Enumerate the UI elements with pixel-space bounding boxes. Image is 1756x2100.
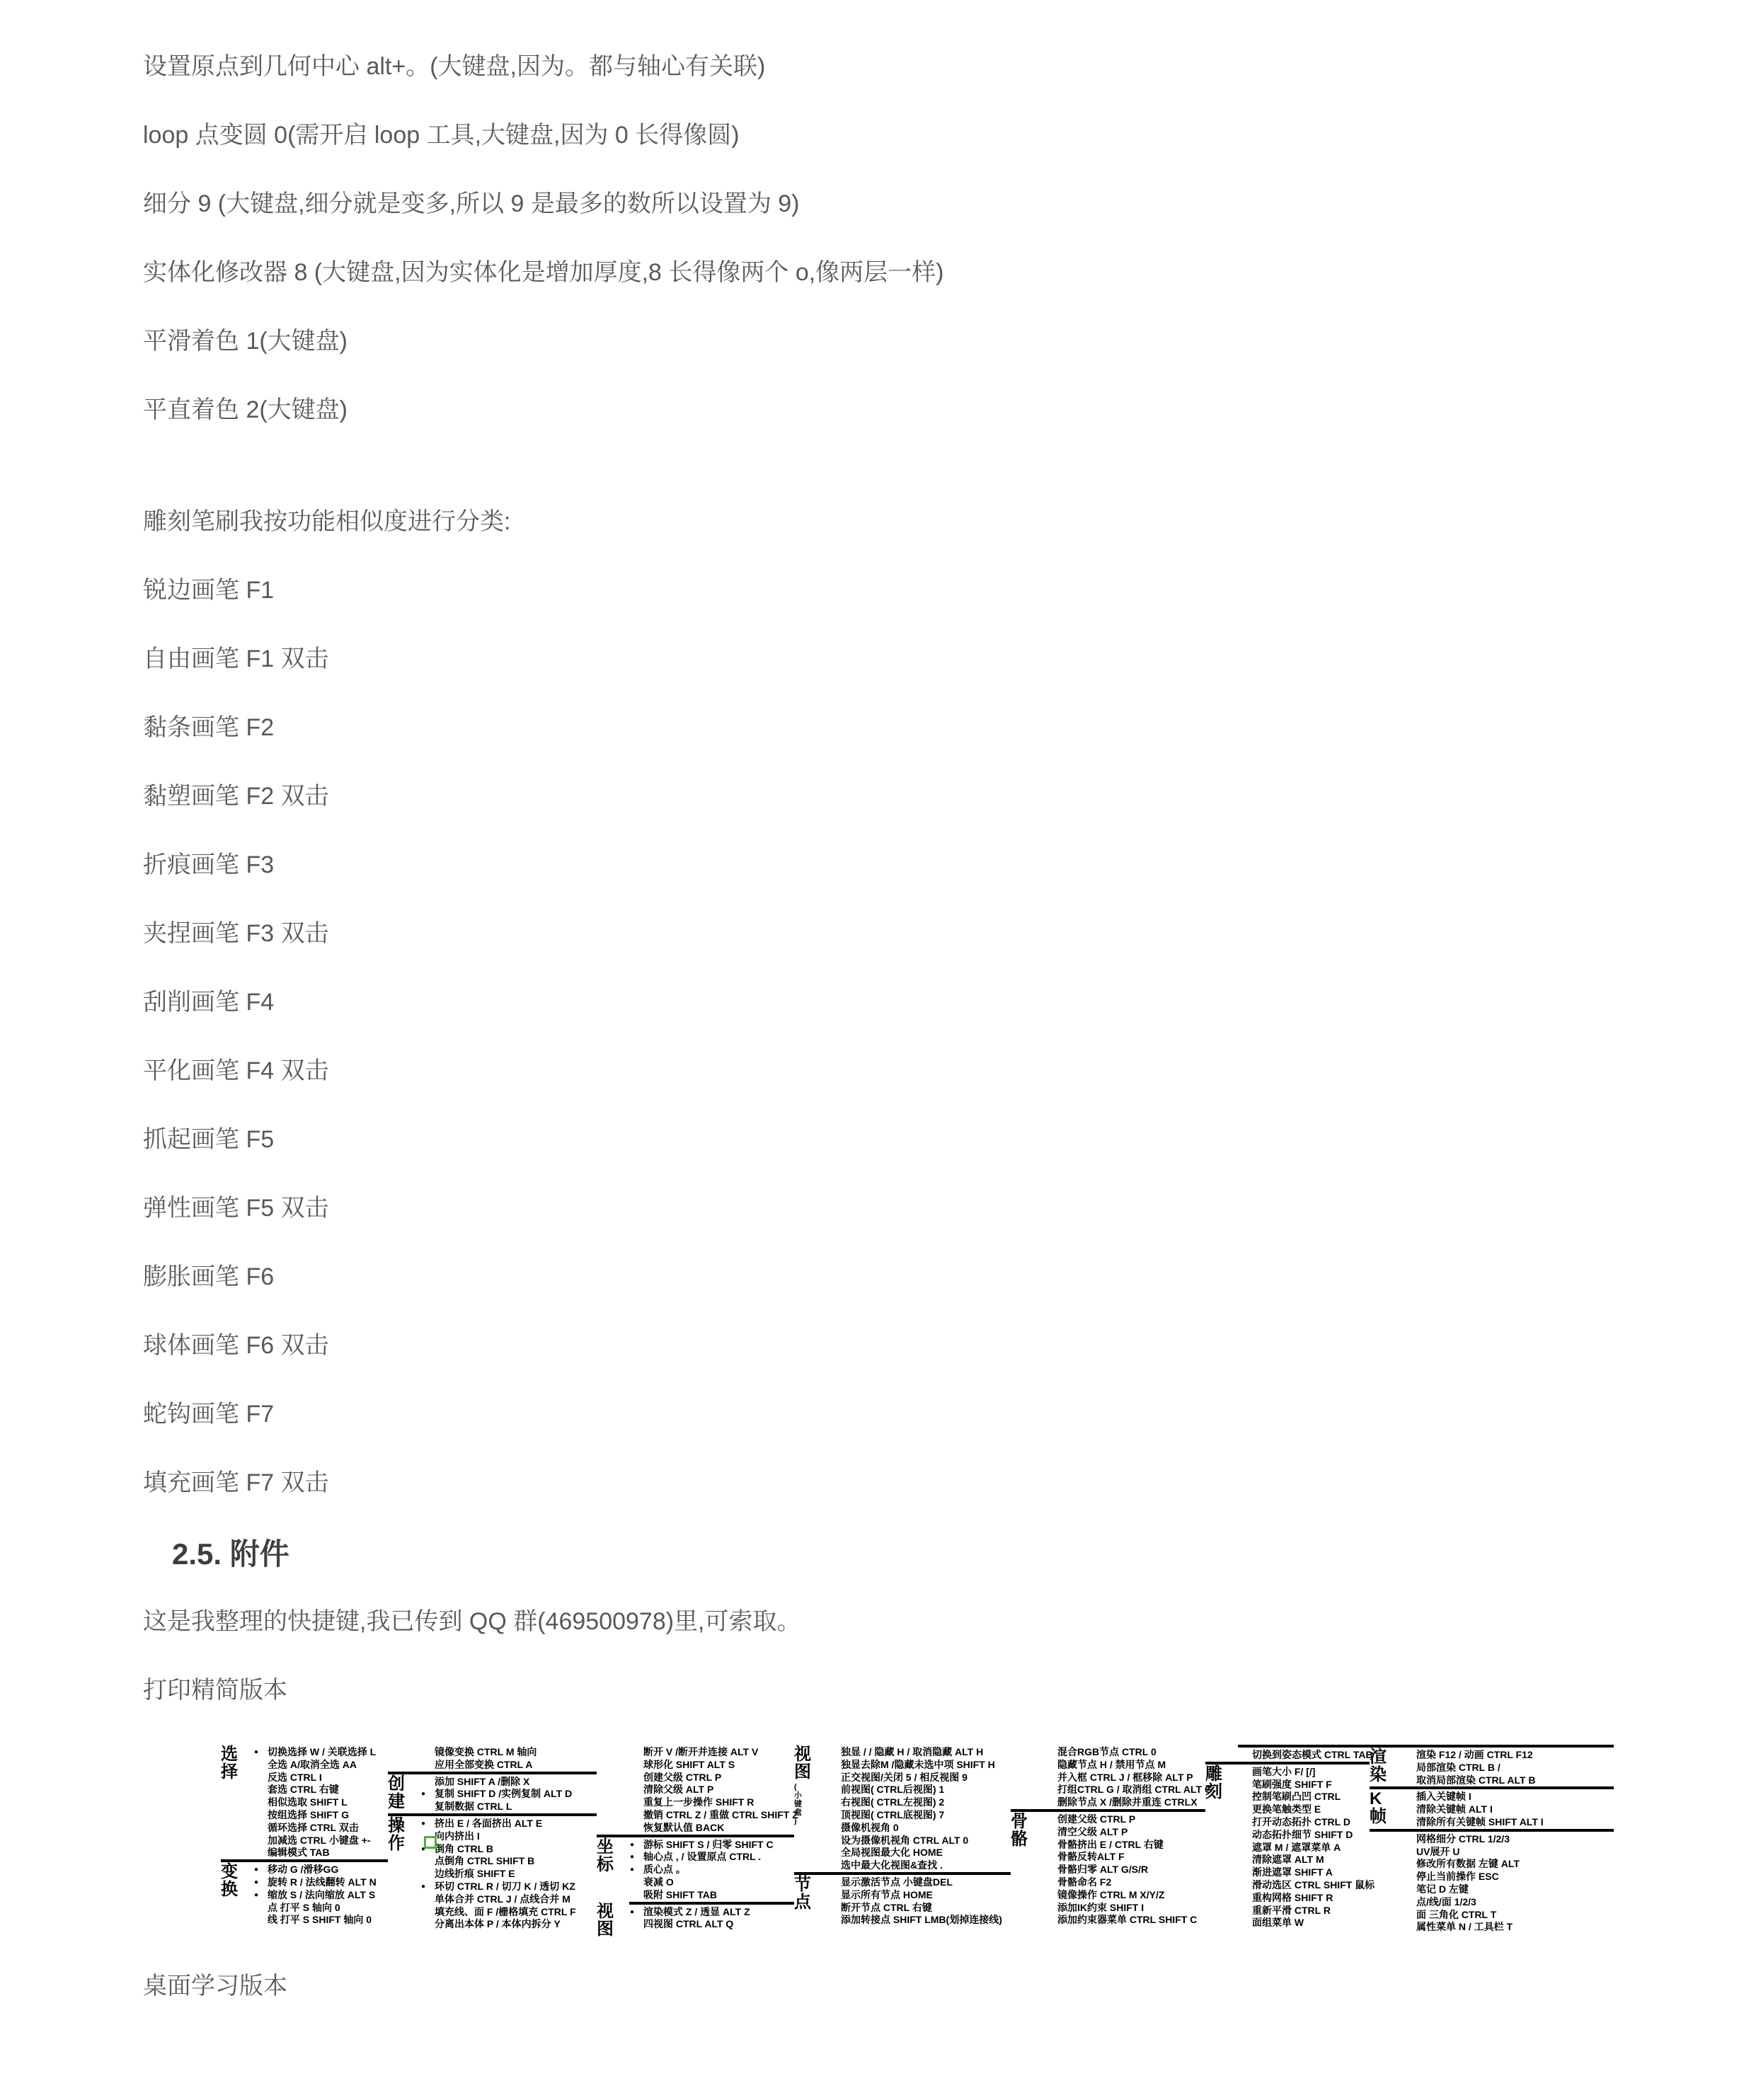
chart-line: 设为摄像机视角 CTRL ALT 0 bbox=[827, 1835, 1011, 1847]
chart-section: 切换到姿态模式 CTRL TAB bbox=[1205, 1745, 1370, 1762]
chart-line: 打开动态拓扑 CTRL D bbox=[1238, 1816, 1370, 1829]
chart-line-text: 切换到姿态模式 CTRL TAB bbox=[1252, 1749, 1373, 1760]
chart-line: 添加 SHIFT A /删除 X bbox=[420, 1776, 597, 1789]
chart-line-text: 挤出 E / 各面挤出 ALT E bbox=[435, 1818, 542, 1829]
chart-line-text: 添加 SHIFT A /删除 X bbox=[435, 1776, 529, 1787]
chart-line: 重复上一步操作 SHIFT R bbox=[629, 1796, 794, 1809]
chart-line: 套选 CTRL 右键 bbox=[253, 1784, 388, 1796]
chart-section-items: 显示激活节点 小键盘DEL显示所有节点 HOME断开节点 CTRL 右键添加转接… bbox=[827, 1875, 1011, 1927]
chart-line: 重新平滑 CTRL R bbox=[1238, 1905, 1370, 1917]
chart-line-text: 球形化 SHIFT ALT S bbox=[643, 1759, 735, 1770]
desktop-version-label: 桌面学习版本 bbox=[143, 1972, 1756, 2000]
chart-section: K帧插入关键帧 I清除关键帧 ALT I清除所有关键帧 SHIFT ALT I bbox=[1370, 1786, 1614, 1828]
chart-line-text: 全选 A/取消全选 AA bbox=[268, 1759, 357, 1770]
chart-section: 断开 V /断开并连接 ALT V球形化 SHIFT ALT S创建父级 CTR… bbox=[597, 1745, 794, 1835]
chart-line: 打组CTRL G / 取消组 CTRL ALT G bbox=[1043, 1784, 1205, 1796]
chart-line-text: 环切 CTRL R / 切刀 K / 透切 KZ bbox=[435, 1881, 575, 1892]
chart-line: 显示所有节点 HOME bbox=[827, 1889, 1011, 1902]
chart-line: 清除遮罩 ALT M bbox=[1238, 1854, 1370, 1866]
brush-line: 黏条画笔 F2 bbox=[143, 713, 1756, 742]
chart-line: 面 三角化 CTRL T bbox=[1402, 1909, 1614, 1922]
chart-line-text: 填充线、面 F /栅格填充 CTRL F bbox=[435, 1906, 576, 1917]
chart-line-text: 添加IK约束 SHIFT I bbox=[1057, 1902, 1144, 1913]
chart-line-text: 四视图 CTRL ALT Q bbox=[643, 1918, 733, 1929]
chart-line-text: 渐进遮罩 SHIFT A bbox=[1252, 1866, 1333, 1878]
note-line: 平滑着色 1(大键盘) bbox=[143, 327, 1756, 355]
print-version-label: 打印精简版本 bbox=[143, 1676, 1756, 1704]
chart-line-text: 点倒角 CTRL SHIFT B bbox=[435, 1855, 534, 1866]
bullet-icon: ● bbox=[421, 1882, 425, 1892]
chart-line: 局部渲染 CTRL B / bbox=[1402, 1762, 1614, 1774]
chart-section: 雕刻画笔大小 F/ [/]笔刷强度 SHIFT F控制笔刷凸凹 CTRL更换笔触… bbox=[1205, 1762, 1370, 1929]
bullet-icon: ● bbox=[630, 1852, 634, 1862]
chart-line: 面组菜单 W bbox=[1238, 1917, 1370, 1929]
chart-line-text: 遮罩 M / 遮罩菜单 A bbox=[1252, 1842, 1341, 1853]
chart-section-items: 网格细分 CTRL 1/2/3UV展开 U修改所有数据 左键 ALT停止当前操作… bbox=[1402, 1832, 1614, 1934]
chart-column: 视图(小键盘)独显 / / 隐藏 H / 取消隐藏 ALT H独显去除M /隐藏… bbox=[794, 1745, 1011, 1927]
chart-line: ●复制 SHIFT D /实例复制 ALT D bbox=[420, 1788, 597, 1801]
brush-line: 自由画笔 F1 双击 bbox=[143, 645, 1756, 673]
chart-line-text: 吸附 SHIFT TAB bbox=[643, 1889, 717, 1900]
chart-line: 重构网格 SHIFT R bbox=[1238, 1892, 1370, 1905]
chart-line-text: 添加转接点 SHIFT LMB(划掉连接线) bbox=[841, 1914, 1002, 1925]
chart-line-text: 滑动选区 CTRL SHIFT 鼠标 bbox=[1252, 1879, 1375, 1890]
brush-line: 蛇钩画笔 F7 bbox=[143, 1400, 1756, 1428]
chart-section-label: 骨骼 bbox=[1011, 1812, 1043, 1848]
chart-line: 骨骼命名 F2 bbox=[1043, 1876, 1205, 1889]
chart-line-text: 切换选择 W / 关联选择 L bbox=[268, 1746, 376, 1757]
chart-line: 全局视图最大化 HOME bbox=[827, 1847, 1011, 1859]
chart-line-text: 向内挤出 I bbox=[435, 1830, 480, 1842]
chart-line: 停止当前操作 ESC bbox=[1402, 1871, 1614, 1883]
chart-line-text: 重构网格 SHIFT R bbox=[1252, 1892, 1333, 1903]
chart-line-text: 断开节点 CTRL 右键 bbox=[841, 1902, 932, 1913]
chart-line: 清除父级 ALT P bbox=[629, 1784, 794, 1796]
chart-section: 视图●渲染模式 Z / 透显 ALT Z四视图 CTRL ALT Q bbox=[597, 1902, 794, 1938]
chart-line-text: 笔记 D 左键 bbox=[1416, 1883, 1469, 1895]
chart-line: 遮罩 M / 遮罩菜单 A bbox=[1238, 1842, 1370, 1854]
chart-line-text: 渲染模式 Z / 透显 ALT Z bbox=[643, 1906, 750, 1917]
chart-line: ●环切 CTRL R / 切刀 K / 透切 KZ bbox=[420, 1881, 597, 1893]
chart-section-items: 独显 / / 隐藏 H / 取消隐藏 ALT H独显去除M /隐藏未选中项 SH… bbox=[827, 1745, 1011, 1872]
chart-line-text: 添加约束器菜单 CTRL SHIFT C bbox=[1057, 1914, 1197, 1925]
chart-line-text: 应用全部变换 CTRL A bbox=[435, 1759, 532, 1770]
chart-line: 骨骼归零 ALT G/S/R bbox=[1043, 1864, 1205, 1876]
note-line: 实体化修改器 8 (大键盘,因为实体化是增加厚度,8 长得像两个 o,像两层一样… bbox=[143, 258, 1756, 287]
chart-line-text: 撤销 CTRL Z / 重做 CTRL SHIFT Z bbox=[643, 1809, 798, 1820]
chart-line-text: 重复上一步操作 SHIFT R bbox=[643, 1796, 754, 1808]
chart-line-text: 复制 SHIFT D /实例复制 ALT D bbox=[435, 1788, 572, 1799]
chart-line-text: 清除父级 ALT P bbox=[643, 1784, 713, 1795]
chart-line-text: 创建父级 CTRL P bbox=[1057, 1813, 1135, 1825]
chart-line-text: 骨骼反转ALT F bbox=[1057, 1851, 1125, 1862]
chart-section: 镜像变换 CTRL M 轴向应用全部变换 CTRL A bbox=[388, 1745, 597, 1772]
chart-line-text: 恢复默认值 BACK bbox=[643, 1822, 724, 1833]
chart-section-label: 视图(小键盘) bbox=[794, 1745, 827, 1825]
chart-line-text: 断开 V /断开并连接 ALT V bbox=[643, 1746, 758, 1757]
chart-line-text: 骨骼命名 F2 bbox=[1057, 1876, 1111, 1888]
chart-section: 变换●移动 G /滑移GG●旋转 R / 法线翻转 ALT N●缩放 S / 法… bbox=[221, 1859, 388, 1927]
chart-section-label bbox=[1205, 1745, 1238, 1745]
attachment-note-line: 这是我整理的快捷键,我已传到 QQ 群(469500978)里,可索取。 bbox=[143, 1607, 1756, 1636]
chart-line: 取消局部渲染 CTRL ALT B bbox=[1402, 1774, 1614, 1787]
chart-section: 骨骼创建父级 CTRL P清空父级 ALT P骨骼挤出 E / CTRL 右键骨… bbox=[1011, 1809, 1205, 1927]
chart-line-text: 渲染 F12 / 动画 CTRL F12 bbox=[1416, 1749, 1533, 1760]
bullet-icon: ● bbox=[254, 1878, 258, 1888]
brush-line: 球体画笔 F6 双击 bbox=[143, 1331, 1756, 1360]
brush-line: 折痕画笔 F3 bbox=[143, 851, 1756, 879]
chart-line-text: 反选 CTRL I bbox=[268, 1772, 322, 1783]
chart-line-text: 质心点 。 bbox=[643, 1864, 686, 1875]
chart-line-text: 镜像变换 CTRL M 轴向 bbox=[435, 1746, 536, 1757]
chart-line: 更换笔触类型 E bbox=[1238, 1803, 1370, 1816]
chart-line-text: 复制数据 CTRL L bbox=[435, 1801, 512, 1812]
brush-line: 膨胀画笔 F6 bbox=[143, 1263, 1756, 1291]
chart-line-text: 独显去除M /隐藏未选中项 SHIFT H bbox=[841, 1759, 995, 1770]
chart-line: 切换到姿态模式 CTRL TAB bbox=[1238, 1749, 1370, 1762]
chart-line-text: 缩放 S / 法向缩放 ALT S bbox=[268, 1889, 375, 1900]
brush-line: 平化画笔 F4 双击 bbox=[143, 1057, 1756, 1085]
chart-section-items: 切换到姿态模式 CTRL TAB bbox=[1238, 1745, 1370, 1762]
brush-list-section: 锐边画笔 F1自由画笔 F1 双击黏条画笔 F2黏塑画笔 F2 双击折痕画笔 F… bbox=[143, 576, 1756, 1497]
chart-line: 独显去除M /隐藏未选中项 SHIFT H bbox=[827, 1759, 1011, 1772]
chart-line: 点 打平 S 轴向 0 bbox=[253, 1902, 388, 1915]
notes-section: 设置原点到几何中心 alt+。(大键盘,因为。都与轴心有关联)loop 点变圆 … bbox=[143, 52, 1756, 424]
chart-line: 创建父级 CTRL P bbox=[1043, 1813, 1205, 1826]
brush-line: 抓起画笔 F5 bbox=[143, 1125, 1756, 1154]
chart-line: 四视图 CTRL ALT Q bbox=[629, 1918, 794, 1931]
chart-line-text: 倒角 CTRL B bbox=[435, 1843, 493, 1854]
chart-line: UV展开 U bbox=[1402, 1846, 1614, 1859]
chart-line: 添加转接点 SHIFT LMB(划掉连接线) bbox=[827, 1914, 1011, 1927]
chart-line: 加减选 CTRL 小键盘 +- bbox=[253, 1835, 388, 1847]
chart-section-items: 插入关键帧 I清除关键帧 ALT I清除所有关键帧 SHIFT ALT I bbox=[1402, 1789, 1614, 1828]
chart-line-text: 镜像操作 CTRL M X/Y/Z bbox=[1057, 1889, 1164, 1900]
chart-section-label: 选择 bbox=[221, 1745, 253, 1781]
chart-section-label: 渲染 bbox=[1370, 1748, 1402, 1784]
chart-line: ●质心点 。 bbox=[629, 1864, 794, 1876]
chart-line: 属性菜单 N / 工具栏 T bbox=[1402, 1921, 1614, 1934]
chart-line-text: 控制笔刷凸凹 CTRL bbox=[1252, 1791, 1341, 1802]
chart-section-label: 操作 bbox=[388, 1816, 420, 1852]
chart-line-text: 隐藏节点 H / 禁用节点 M bbox=[1057, 1759, 1166, 1770]
chart-line: 显示激活节点 小键盘DEL bbox=[827, 1876, 1011, 1889]
brush-line: 夹捏画笔 F3 双击 bbox=[143, 919, 1756, 948]
chart-line: 选中最大化视图&查找 . bbox=[827, 1859, 1011, 1872]
chart-line: 笔记 D 左键 bbox=[1402, 1883, 1614, 1896]
chart-line: 添加IK约束 SHIFT I bbox=[1043, 1902, 1205, 1915]
chart-section-sublabel: (小键盘) bbox=[794, 1783, 827, 1825]
chart-line-text: 设为摄像机视角 CTRL ALT 0 bbox=[841, 1835, 968, 1846]
chart-column: 断开 V /断开并连接 ALT V球形化 SHIFT ALT S创建父级 CTR… bbox=[597, 1745, 794, 1938]
chart-line-text: 打组CTRL G / 取消组 CTRL ALT G bbox=[1057, 1784, 1212, 1795]
chart-line: 笔刷强度 SHIFT F bbox=[1238, 1779, 1370, 1791]
chart-line: 线 打平 S SHIFT 轴向 0 bbox=[253, 1914, 388, 1927]
chart-section: 操作●挤出 E / 各面挤出 ALT E向内挤出 I●倒角 CTRL B点倒角 … bbox=[388, 1813, 597, 1931]
chart-line-text: 面 三角化 CTRL T bbox=[1416, 1909, 1496, 1920]
chart-column: 混合RGB节点 CTRL 0隐藏节点 H / 禁用节点 M并入框 CTRL J … bbox=[1011, 1745, 1205, 1927]
chart-line: 单体合并 CTRL J / 点线合并 M bbox=[420, 1893, 597, 1906]
chart-line-text: 独显 / / 隐藏 H / 取消隐藏 ALT H bbox=[841, 1746, 983, 1757]
chart-line-text: 移动 G /滑移GG bbox=[268, 1864, 338, 1875]
chart-line-text: 边线折痕 SHIFT E bbox=[435, 1868, 515, 1879]
note-line: 平直着色 2(大键盘) bbox=[143, 396, 1756, 424]
chart-section-items: ●挤出 E / 各面挤出 ALT E向内挤出 I●倒角 CTRL B点倒角 CT… bbox=[420, 1816, 597, 1931]
chart-line-text: 循环选择 CTRL 双击 bbox=[268, 1822, 359, 1833]
chart-section-items: 断开 V /断开并连接 ALT V球形化 SHIFT ALT S创建父级 CTR… bbox=[629, 1745, 794, 1835]
chart-line-text: 摄像机视角 0 bbox=[841, 1822, 899, 1833]
chart-line: 混合RGB节点 CTRL 0 bbox=[1043, 1746, 1205, 1759]
chart-section-label bbox=[1011, 1745, 1043, 1745]
chart-line: 吸附 SHIFT TAB bbox=[629, 1889, 794, 1902]
chart-section: 网格细分 CTRL 1/2/3UV展开 U修改所有数据 左键 ALT停止当前操作… bbox=[1370, 1829, 1614, 1934]
chart-section-items: ●移动 G /滑移GG●旋转 R / 法线翻转 ALT N●缩放 S / 法向缩… bbox=[253, 1862, 388, 1927]
chart-line: ●游标 SHIFT S / 归零 SHIFT C bbox=[629, 1839, 794, 1852]
chart-line: 插入关键帧 I bbox=[1402, 1791, 1614, 1803]
chart-line-text: 单体合并 CTRL J / 点线合并 M bbox=[435, 1893, 570, 1905]
chart-line-text: 显示激活节点 小键盘DEL bbox=[841, 1876, 953, 1888]
chart-line: 顶视图( CTRL底视图) 7 bbox=[827, 1809, 1011, 1822]
chart-line-text: 清除所有关键帧 SHIFT ALT I bbox=[1416, 1816, 1544, 1828]
bullet-icon: ● bbox=[421, 1819, 425, 1829]
chart-line: 填充线、面 F /栅格填充 CTRL F bbox=[420, 1906, 597, 1919]
chart-line-text: 右视图( CTRL左视图) 2 bbox=[841, 1796, 944, 1808]
chart-line: 断开节点 CTRL 右键 bbox=[827, 1902, 1011, 1915]
chart-section: 混合RGB节点 CTRL 0隐藏节点 H / 禁用节点 M并入框 CTRL J … bbox=[1011, 1745, 1205, 1809]
chart-line: 相似选取 SHIFT L bbox=[253, 1796, 388, 1809]
bullet-icon: ● bbox=[630, 1865, 634, 1875]
chart-line: ●缩放 S / 法向缩放 ALT S bbox=[253, 1889, 388, 1902]
chart-line: ●切换选择 W / 关联选择 L bbox=[253, 1746, 388, 1759]
note-line: 细分 9 (大键盘,细分就是变多,所以 9 是最多的数所以设置为 9) bbox=[143, 190, 1756, 218]
chart-line: ●挤出 E / 各面挤出 ALT E bbox=[420, 1818, 597, 1830]
chart-line: 创建父级 CTRL P bbox=[629, 1772, 794, 1784]
chart-line: 摄像机视角 0 bbox=[827, 1822, 1011, 1835]
chart-section-items: ●游标 SHIFT S / 归零 SHIFT C●轴心点 , / 设置原点 CT… bbox=[629, 1837, 794, 1902]
chart-line: 编辑模式 TAB bbox=[253, 1847, 388, 1859]
chart-line: 渐进遮罩 SHIFT A bbox=[1238, 1866, 1370, 1879]
chart-line: 画笔大小 F/ [/] bbox=[1238, 1766, 1370, 1779]
chart-line: 复制数据 CTRL L bbox=[420, 1801, 597, 1813]
chart-line-text: 删除节点 X /删除并重连 CTRLX bbox=[1057, 1796, 1198, 1808]
chart-line-text: 打开动态拓扑 CTRL D bbox=[1252, 1816, 1350, 1828]
chart-line: 隐藏节点 H / 禁用节点 M bbox=[1043, 1759, 1205, 1772]
chart-line-text: 骨骼挤出 E / CTRL 右键 bbox=[1057, 1839, 1164, 1850]
chart-line-text: 取消局部渲染 CTRL ALT B bbox=[1416, 1774, 1536, 1786]
chart-section-label: K帧 bbox=[1370, 1789, 1402, 1825]
chart-section-items: ●渲染模式 Z / 透显 ALT Z四视图 CTRL ALT Q bbox=[629, 1902, 794, 1932]
chart-line-text: 画笔大小 F/ [/] bbox=[1252, 1766, 1315, 1777]
chart-line-text: 属性菜单 N / 工具栏 T bbox=[1416, 1921, 1513, 1932]
chart-line: 正交视图/关闭 5 / 相反视图 9 bbox=[827, 1772, 1011, 1784]
chart-line-text: 前视图( CTRL后视图) 1 bbox=[841, 1784, 944, 1795]
chart-line: 撤销 CTRL Z / 重做 CTRL SHIFT Z bbox=[629, 1809, 794, 1822]
chart-line: ●倒角 CTRL B bbox=[420, 1843, 597, 1856]
chart-line: 删除节点 X /删除并重连 CTRLX bbox=[1043, 1796, 1205, 1809]
chart-line: 按组选择 SHIFT G bbox=[253, 1809, 388, 1822]
chart-line-text: 轴心点 , / 设置原点 CTRL . bbox=[643, 1851, 761, 1862]
chart-section-label: 坐标 bbox=[597, 1837, 629, 1874]
chart-section: 节点显示激活节点 小键盘DEL显示所有节点 HOME断开节点 CTRL 右键添加… bbox=[794, 1872, 1011, 1927]
chart-line-text: 清除遮罩 ALT M bbox=[1252, 1854, 1324, 1865]
chart-line-text: 混合RGB节点 CTRL 0 bbox=[1057, 1746, 1157, 1757]
chart-section-label bbox=[388, 1745, 420, 1745]
chart-line-text: 编辑模式 TAB bbox=[268, 1847, 330, 1858]
chart-line: 骨骼反转ALT F bbox=[1043, 1851, 1205, 1864]
chart-line: 分离出本体 P / 本体内拆分 Y bbox=[420, 1918, 597, 1931]
chart-line-text: 游标 SHIFT S / 归零 SHIFT C bbox=[643, 1839, 774, 1850]
chart-line-text: 停止当前操作 ESC bbox=[1416, 1871, 1499, 1882]
chart-line: 并入框 CTRL J / 框移除 ALT P bbox=[1043, 1772, 1205, 1784]
chart-line: ●旋转 R / 法线翻转 ALT N bbox=[253, 1876, 388, 1889]
chart-line: 滑动选区 CTRL SHIFT 鼠标 bbox=[1238, 1879, 1370, 1892]
chart-line: ●渲染模式 Z / 透显 ALT Z bbox=[629, 1906, 794, 1919]
chart-line: 添加约束器菜单 CTRL SHIFT C bbox=[1043, 1914, 1205, 1927]
chart-line: 骨骼挤出 E / CTRL 右键 bbox=[1043, 1839, 1205, 1852]
chart-line-text: 旋转 R / 法线翻转 ALT N bbox=[268, 1876, 377, 1888]
chart-line-text: 全局视图最大化 HOME bbox=[841, 1847, 943, 1858]
chart-line: 渲染 F12 / 动画 CTRL F12 bbox=[1402, 1749, 1614, 1762]
chart-line-text: 重新平滑 CTRL R bbox=[1252, 1905, 1331, 1916]
chart-line: 网格细分 CTRL 1/2/3 bbox=[1402, 1833, 1614, 1846]
chart-line: 点/线/面 1/2/3 bbox=[1402, 1896, 1614, 1909]
chart-line: 动态拓扑细节 SHIFT D bbox=[1238, 1829, 1370, 1842]
shortcut-chart-image: 选择●切换选择 W / 关联选择 L全选 A/取消全选 AA反选 CTRL I套… bbox=[221, 1745, 1756, 1938]
chart-line-text: 顶视图( CTRL底视图) 7 bbox=[841, 1809, 944, 1820]
chart-section-items: 混合RGB节点 CTRL 0隐藏节点 H / 禁用节点 M并入框 CTRL J … bbox=[1043, 1745, 1205, 1809]
chart-section-label: 变换 bbox=[221, 1862, 253, 1898]
chart-section-items: 添加 SHIFT A /删除 X●复制 SHIFT D /实例复制 ALT D复… bbox=[420, 1774, 597, 1813]
chart-line: 右视图( CTRL左视图) 2 bbox=[827, 1796, 1011, 1809]
chart-line: 清空父级 ALT P bbox=[1043, 1826, 1205, 1839]
chart-line-text: 清除关键帧 ALT I bbox=[1416, 1803, 1493, 1815]
chart-line-text: 动态拓扑细节 SHIFT D bbox=[1252, 1829, 1353, 1840]
chart-line-text: 网格细分 CTRL 1/2/3 bbox=[1416, 1833, 1510, 1844]
chart-section-label: 创建 bbox=[388, 1774, 420, 1811]
brush-line: 弹性画笔 F5 双击 bbox=[143, 1194, 1756, 1222]
bullet-icon: ● bbox=[254, 1748, 258, 1757]
brush-line: 刮削画笔 F4 bbox=[143, 988, 1756, 1016]
chart-line-text: 骨骼归零 ALT G/S/R bbox=[1057, 1864, 1148, 1875]
chart-line-text: 套选 CTRL 右键 bbox=[268, 1784, 339, 1795]
chart-line: 断开 V /断开并连接 ALT V bbox=[629, 1746, 794, 1759]
chart-section-items: 创建父级 CTRL P清空父级 ALT P骨骼挤出 E / CTRL 右键骨骼反… bbox=[1043, 1812, 1205, 1927]
bullet-icon: ● bbox=[630, 1907, 634, 1917]
chart-section-items: ●切换选择 W / 关联选择 L全选 A/取消全选 AA反选 CTRL I套选 … bbox=[253, 1745, 388, 1859]
chart-section: 创建添加 SHIFT A /删除 X●复制 SHIFT D /实例复制 ALT … bbox=[388, 1772, 597, 1813]
chart-line-text: 更换笔触类型 E bbox=[1252, 1803, 1321, 1815]
chart-line-text: 分离出本体 P / 本体内拆分 Y bbox=[435, 1918, 561, 1929]
chart-section-label bbox=[1370, 1832, 1402, 1832]
chart-line: 点倒角 CTRL SHIFT B bbox=[420, 1855, 597, 1868]
chart-line-text: 加减选 CTRL 小键盘 +- bbox=[268, 1835, 371, 1846]
chart-line: 恢复默认值 BACK bbox=[629, 1822, 794, 1835]
chart-section-items: 画笔大小 F/ [/]笔刷强度 SHIFT F控制笔刷凸凹 CTRL更换笔触类型… bbox=[1238, 1765, 1370, 1929]
note-line: loop 点变圆 0(需开启 loop 工具,大键盘,因为 0 长得像圆) bbox=[143, 121, 1756, 149]
chart-line: 镜像变换 CTRL M 轴向 bbox=[420, 1746, 597, 1759]
chart-line: 控制笔刷凸凹 CTRL bbox=[1238, 1791, 1370, 1803]
chart-line: 向内挤出 I bbox=[420, 1830, 597, 1843]
chart-line-text: 选中最大化视图&查找 . bbox=[841, 1859, 943, 1871]
chart-line: 清除所有关键帧 SHIFT ALT I bbox=[1402, 1816, 1614, 1829]
chart-line-text: 插入关键帧 I bbox=[1416, 1791, 1471, 1802]
chart-line-text: 相似选取 SHIFT L bbox=[268, 1796, 348, 1808]
chart-line: 全选 A/取消全选 AA bbox=[253, 1759, 388, 1772]
bullet-icon: ● bbox=[254, 1890, 258, 1900]
chart-section-label bbox=[597, 1745, 629, 1745]
paragraph-gap bbox=[143, 464, 1756, 507]
chart-line-text: UV展开 U bbox=[1416, 1846, 1459, 1857]
chart-line: 循环选择 CTRL 双击 bbox=[253, 1822, 388, 1835]
brush-intro-line: 雕刻笔刷我按功能相似度进行分类: bbox=[143, 507, 1756, 536]
brush-line: 锐边画笔 F1 bbox=[143, 576, 1756, 604]
chart-line: 修改所有数据 左键 ALT bbox=[1402, 1858, 1614, 1871]
chart-section-items: 镜像变换 CTRL M 轴向应用全部变换 CTRL A bbox=[420, 1745, 597, 1772]
chart-section-items: 渲染 F12 / 动画 CTRL F12局部渲染 CTRL B /取消局部渲染 … bbox=[1402, 1748, 1614, 1786]
chart-line-text: 面组菜单 W bbox=[1252, 1917, 1304, 1928]
chart-line: 前视图( CTRL后视图) 1 bbox=[827, 1784, 1011, 1796]
chart-section-label: 视图 bbox=[597, 1902, 629, 1938]
chart-line: 清除关键帧 ALT I bbox=[1402, 1803, 1614, 1816]
chart-section: 渲染渲染 F12 / 动画 CTRL F12局部渲染 CTRL B /取消局部渲… bbox=[1370, 1745, 1614, 1786]
chart-column: 渲染渲染 F12 / 动画 CTRL F12局部渲染 CTRL B /取消局部渲… bbox=[1370, 1745, 1614, 1934]
chart-line: 衰减 O bbox=[629, 1876, 794, 1889]
section-heading: 2.5. 附件 bbox=[172, 1538, 1756, 1571]
chart-line-text: 创建父级 CTRL P bbox=[643, 1772, 721, 1783]
brush-line: 黏塑画笔 F2 双击 bbox=[143, 782, 1756, 810]
chart-line: 球形化 SHIFT ALT S bbox=[629, 1759, 794, 1772]
chart-column: 选择●切换选择 W / 关联选择 L全选 A/取消全选 AA反选 CTRL I套… bbox=[221, 1745, 388, 1927]
chart-section-label: 节点 bbox=[794, 1875, 827, 1911]
chart-line: ●移动 G /滑移GG bbox=[253, 1864, 388, 1876]
chart-line-text: 显示所有节点 HOME bbox=[841, 1889, 933, 1900]
chart-line-text: 点 打平 S 轴向 0 bbox=[268, 1902, 340, 1913]
brush-line: 填充画笔 F7 双击 bbox=[143, 1469, 1756, 1497]
chart-line: 应用全部变换 CTRL A bbox=[420, 1759, 597, 1772]
chart-line-text: 笔刷强度 SHIFT F bbox=[1252, 1779, 1332, 1790]
chart-line-text: 线 打平 S SHIFT 轴向 0 bbox=[268, 1914, 372, 1925]
chart-line: 边线折痕 SHIFT E bbox=[420, 1868, 597, 1881]
green-highlight-box bbox=[424, 1836, 437, 1849]
chart-line-text: 修改所有数据 左键 ALT bbox=[1416, 1858, 1520, 1869]
chart-line-text: 按组选择 SHIFT G bbox=[268, 1809, 349, 1820]
chart-line: 镜像操作 CTRL M X/Y/Z bbox=[1043, 1889, 1205, 1902]
chart-line-text: 点/线/面 1/2/3 bbox=[1416, 1896, 1476, 1907]
chart-column: 镜像变换 CTRL M 轴向应用全部变换 CTRL A创建添加 SHIFT A … bbox=[388, 1745, 597, 1931]
chart-line-text: 正交视图/关闭 5 / 相反视图 9 bbox=[841, 1772, 968, 1783]
bullet-icon: ● bbox=[630, 1840, 634, 1850]
bullet-icon: ● bbox=[421, 1789, 425, 1799]
chart-section: 视图(小键盘)独显 / / 隐藏 H / 取消隐藏 ALT H独显去除M /隐藏… bbox=[794, 1745, 1011, 1872]
note-line: 设置原点到几何中心 alt+。(大键盘,因为。都与轴心有关联) bbox=[143, 52, 1756, 81]
chart-line: 反选 CTRL I bbox=[253, 1772, 388, 1784]
chart-line: 独显 / / 隐藏 H / 取消隐藏 ALT H bbox=[827, 1746, 1011, 1759]
document-page: 设置原点到几何中心 alt+。(大键盘,因为。都与轴心有关联)loop 点变圆 … bbox=[0, 0, 1756, 2000]
chart-column: 切换到姿态模式 CTRL TAB雕刻画笔大小 F/ [/]笔刷强度 SHIFT … bbox=[1205, 1745, 1370, 1929]
chart-line-text: 局部渲染 CTRL B / bbox=[1416, 1762, 1500, 1773]
chart-line-text: 清空父级 ALT P bbox=[1057, 1826, 1127, 1837]
chart-section: 选择●切换选择 W / 关联选择 L全选 A/取消全选 AA反选 CTRL I套… bbox=[221, 1745, 388, 1859]
chart-line: ●轴心点 , / 设置原点 CTRL . bbox=[629, 1851, 794, 1864]
chart-line-text: 并入框 CTRL J / 框移除 ALT P bbox=[1057, 1772, 1193, 1783]
chart-section: 坐标●游标 SHIFT S / 归零 SHIFT C●轴心点 , / 设置原点 … bbox=[597, 1835, 794, 1902]
bullet-icon: ● bbox=[254, 1865, 258, 1875]
chart-line-text: 衰减 O bbox=[643, 1876, 674, 1888]
